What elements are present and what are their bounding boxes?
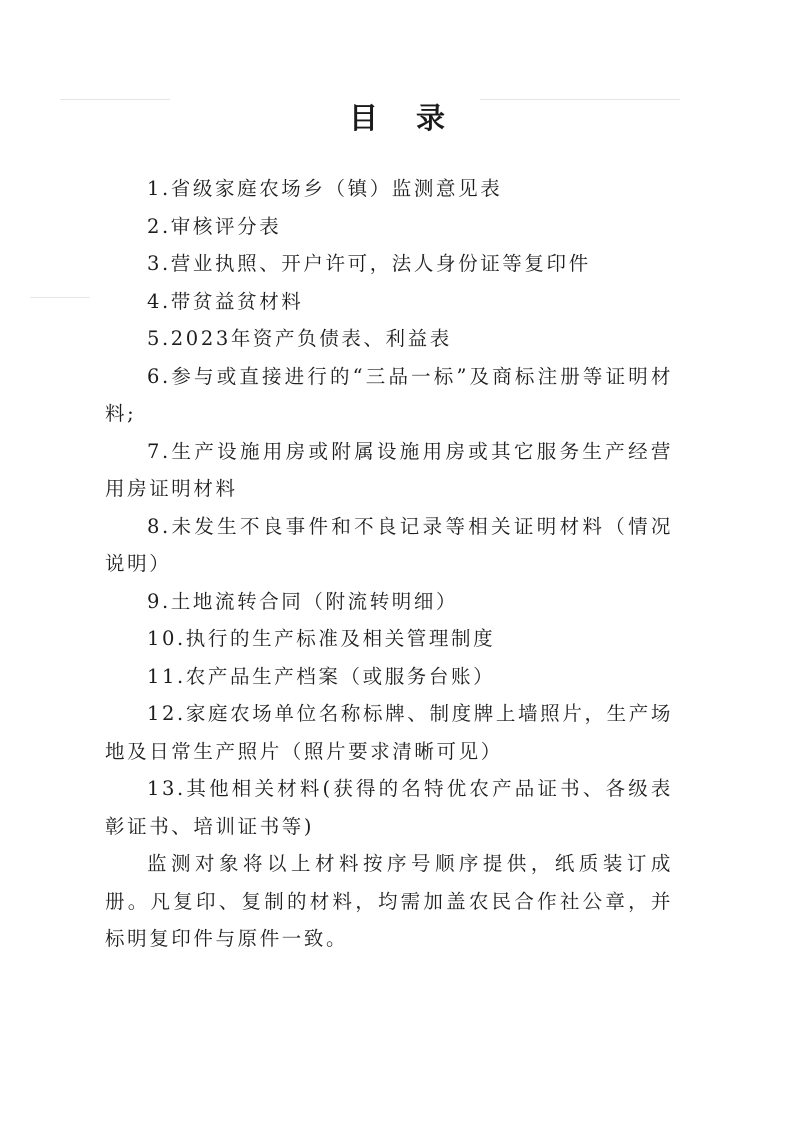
toc-item-13: 13.其他相关材料(获得的名特优农产品证书、各级表彰证书、培训证书等) [105,770,673,845]
scan-artifact-line [30,297,90,298]
toc-item-5: 5.2023年资产负债表、利益表 [105,320,673,358]
toc-item-11: 11.农产品生产档案（或服务台账） [105,658,673,696]
toc-item-6: 6.参与或直接进行的“三品一标”及商标注册等证明材料; [105,358,673,433]
toc-item-4: 4.带贫益贫材料 [105,283,673,321]
toc-item-8: 8.未发生不良事件和不良记录等相关证明材料（情况说明） [105,508,673,583]
toc-item-9: 9.土地流转合同（附流转明细） [105,583,673,621]
table-of-contents: 1.省级家庭农场乡（镇）监测意见表 2.审核评分表 3.营业执照、开户许可，法人… [105,170,673,958]
toc-item-2: 2.审核评分表 [105,208,673,246]
toc-item-3: 3.营业执照、开户许可，法人身份证等复印件 [105,245,673,283]
toc-item-10: 10.执行的生产标准及相关管理制度 [105,620,673,658]
toc-item-1: 1.省级家庭农场乡（镇）监测意见表 [105,170,673,208]
submission-note: 监测对象将以上材料按序号顺序提供，纸质装订成册。凡复印、复制的材料，均需加盖农民… [105,845,673,958]
page-title: 目 录 [0,96,794,137]
toc-item-7: 7.生产设施用房或附属设施用房或其它服务生产经营用房证明材料 [105,433,673,508]
toc-item-12: 12.家庭农场单位名称标牌、制度牌上墙照片，生产场地及日常生产照片（照片要求清晰… [105,695,673,770]
